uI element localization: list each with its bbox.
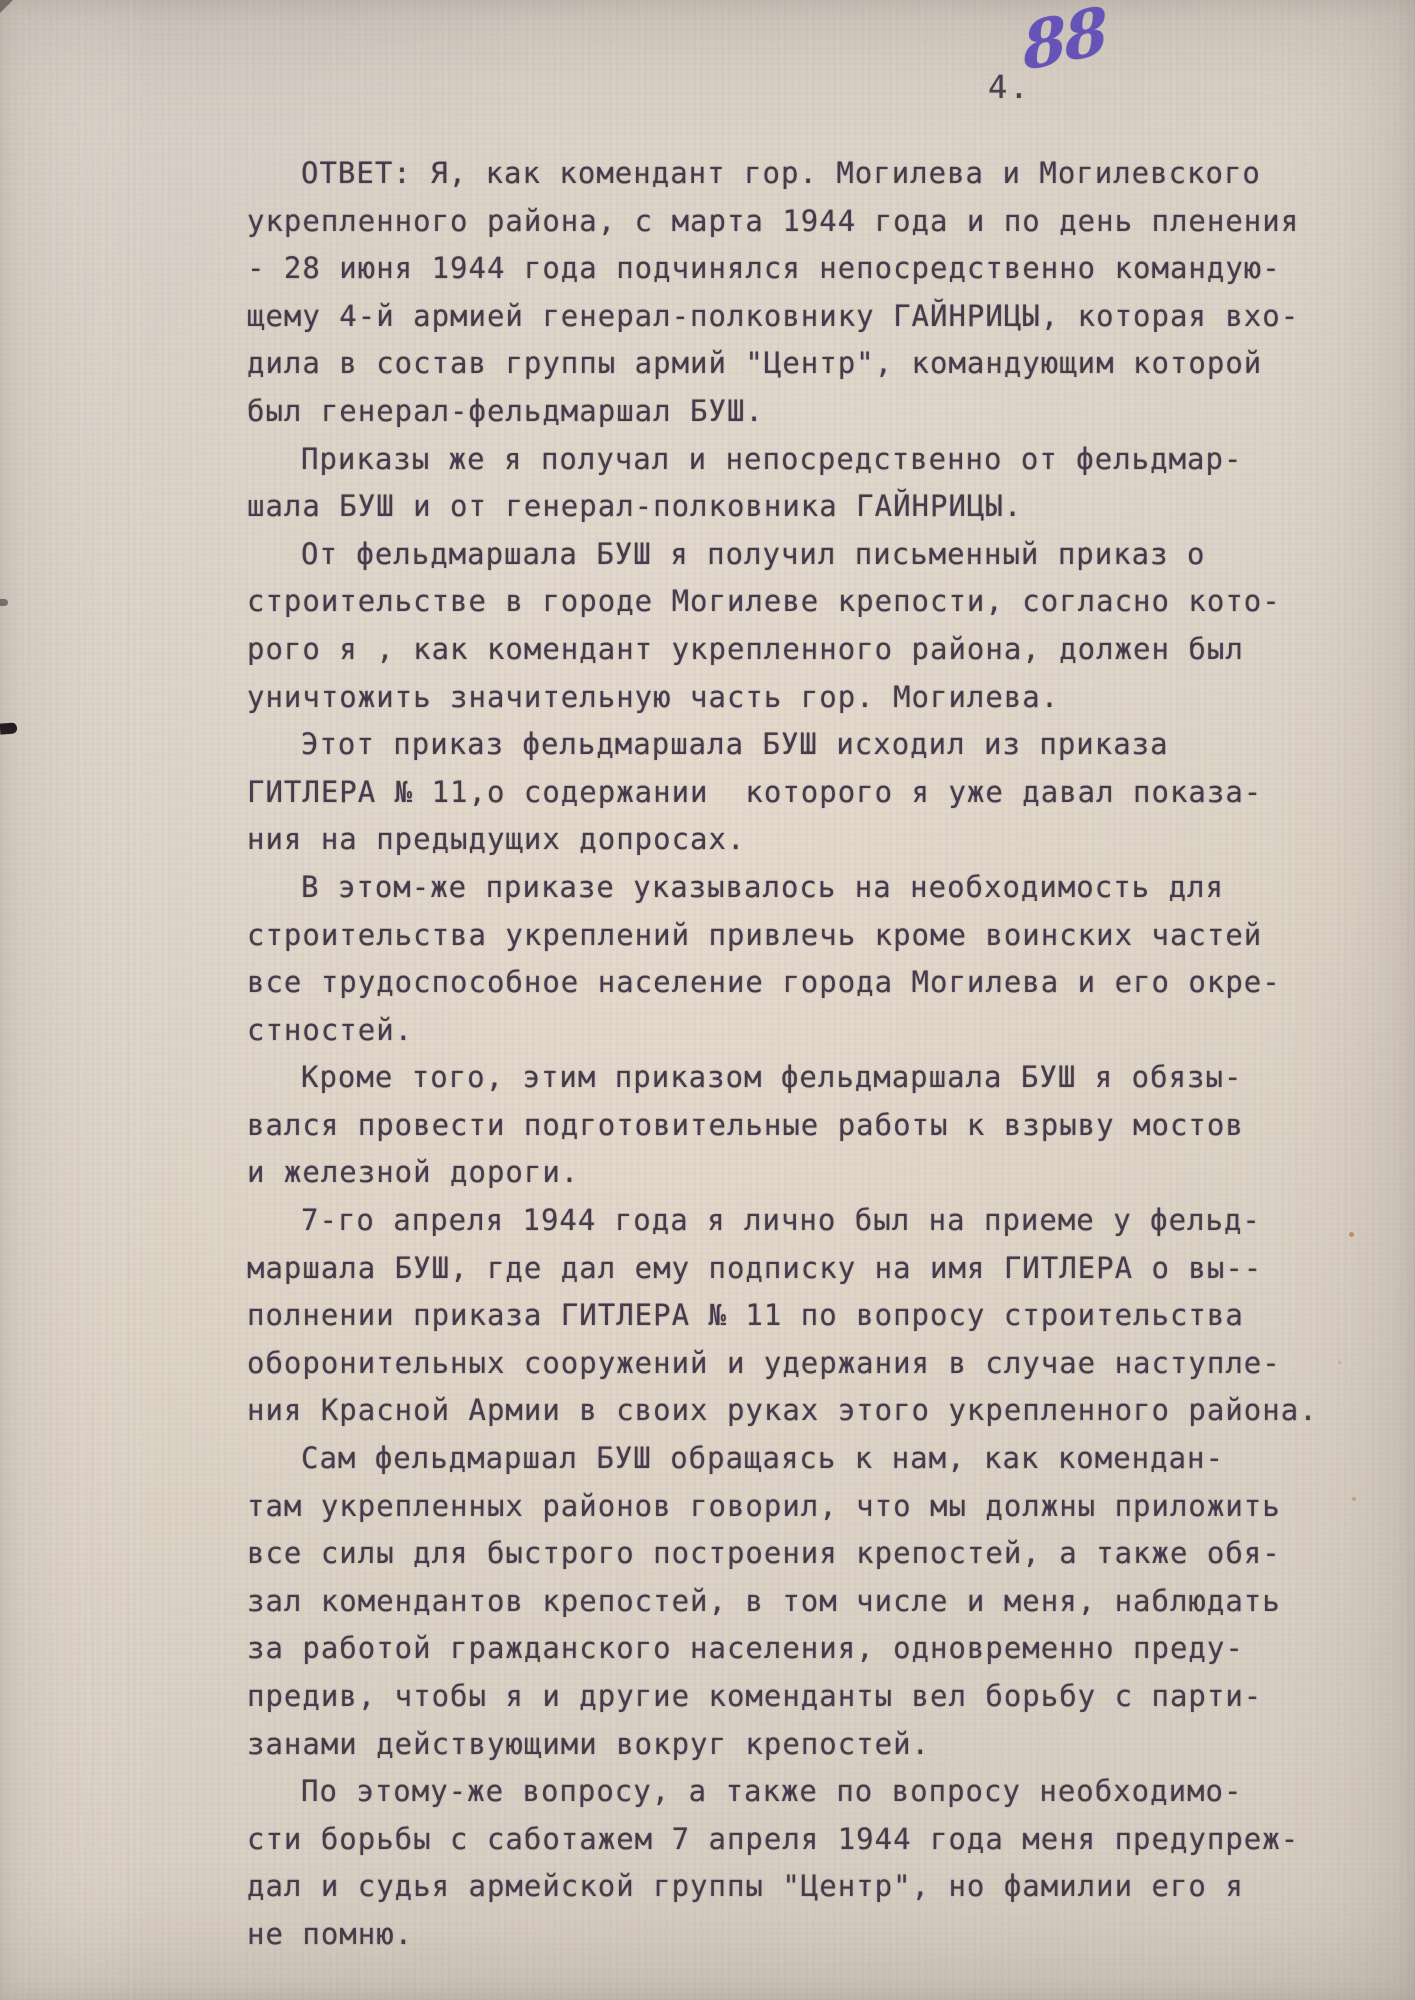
text-line: сти борьбы с саботажем 7 апреля 1944 год… — [247, 1816, 1367, 1864]
text-line: рого я , как комендант укрепленного райо… — [247, 626, 1367, 674]
text-line: не помню. — [247, 1911, 1367, 1959]
binding-mark — [0, 599, 8, 606]
text-line: Этот приказ фельдмаршала БУШ исходил из … — [247, 721, 1367, 769]
text-line: полнении приказа ГИТЛЕРА № 11 по вопросу… — [247, 1292, 1367, 1340]
text-line: маршала БУШ, где дал ему подписку на имя… — [247, 1245, 1367, 1293]
page-corner-shadow — [0, 0, 13, 13]
text-line: зал комендантов крепостей, в том числе и… — [247, 1578, 1367, 1626]
scanned-document-page: 88 4. ОТВЕТ: Я, как комендант гор. Могил… — [0, 0, 1415, 2000]
text-line: По этому-же вопросу, а также по вопросу … — [247, 1768, 1367, 1816]
text-line: был генерал-фельдмаршал БУШ. — [247, 388, 1367, 436]
text-line: Сам фельдмаршал БУШ обращаясь к нам, как… — [247, 1435, 1367, 1483]
text-line: вался провести подготовительные работы к… — [247, 1102, 1367, 1150]
text-line: ОТВЕТ: Я, как комендант гор. Могилева и … — [247, 150, 1367, 198]
text-line: ния на предыдущих допросах. — [247, 816, 1367, 864]
text-line: строительстве в городе Могилеве крепости… — [247, 578, 1367, 626]
text-line: там укрепленных районов говорил, что мы … — [247, 1483, 1367, 1531]
handwritten-folio-number: 88 — [1020, 0, 1108, 86]
text-line: за работой гражданского населения, однов… — [247, 1625, 1367, 1673]
text-line: стностей. — [247, 1007, 1367, 1055]
typed-page-number: 4. — [988, 68, 1031, 106]
text-line: От фельдмаршала БУШ я получил письменный… — [247, 531, 1367, 579]
text-line: строительства укреплений привлечь кроме … — [247, 912, 1367, 960]
text-line: дал и судья армейской группы "Центр", но… — [247, 1863, 1367, 1911]
text-line: В этом-же приказе указывалось на необход… — [247, 864, 1367, 912]
binding-mark — [0, 722, 17, 734]
text-line: 7-го апреля 1944 года я лично был на при… — [247, 1197, 1367, 1245]
text-line: Приказы же я получал и непосредственно о… — [247, 436, 1367, 484]
text-line: оборонительных сооружений и удержания в … — [247, 1340, 1367, 1388]
text-line: все силы для быстрого построения крепост… — [247, 1530, 1367, 1578]
text-line: щему 4-й армией генерал-полковнику ГАЙНР… — [247, 293, 1367, 341]
text-line: уничтожить значительную часть гор. Могил… — [247, 674, 1367, 722]
paper-crease — [128, 0, 131, 2000]
text-line: ния Красной Армии в своих руках этого ук… — [247, 1387, 1367, 1435]
text-line: укрепленного района, с марта 1944 года и… — [247, 198, 1367, 246]
text-line: и железной дороги. — [247, 1149, 1367, 1197]
text-line: шала БУШ и от генерал-полковника ГАЙНРИЦ… — [247, 483, 1367, 531]
document-body: ОТВЕТ: Я, как комендант гор. Могилева и … — [247, 150, 1367, 1959]
text-line: предив, чтобы я и другие коменданты вел … — [247, 1673, 1367, 1721]
text-line: дила в состав группы армий "Центр", кома… — [247, 340, 1367, 388]
text-line: занами действующими вокруг крепостей. — [247, 1721, 1367, 1769]
text-line: Кроме того, этим приказом фельдмаршала Б… — [247, 1054, 1367, 1102]
text-line: - 28 июня 1944 года подчинялся непосредс… — [247, 245, 1367, 293]
text-line: все трудоспособное население города Моги… — [247, 959, 1367, 1007]
text-line: ГИТЛЕРА № 11,о содержании которого я уже… — [247, 769, 1367, 817]
